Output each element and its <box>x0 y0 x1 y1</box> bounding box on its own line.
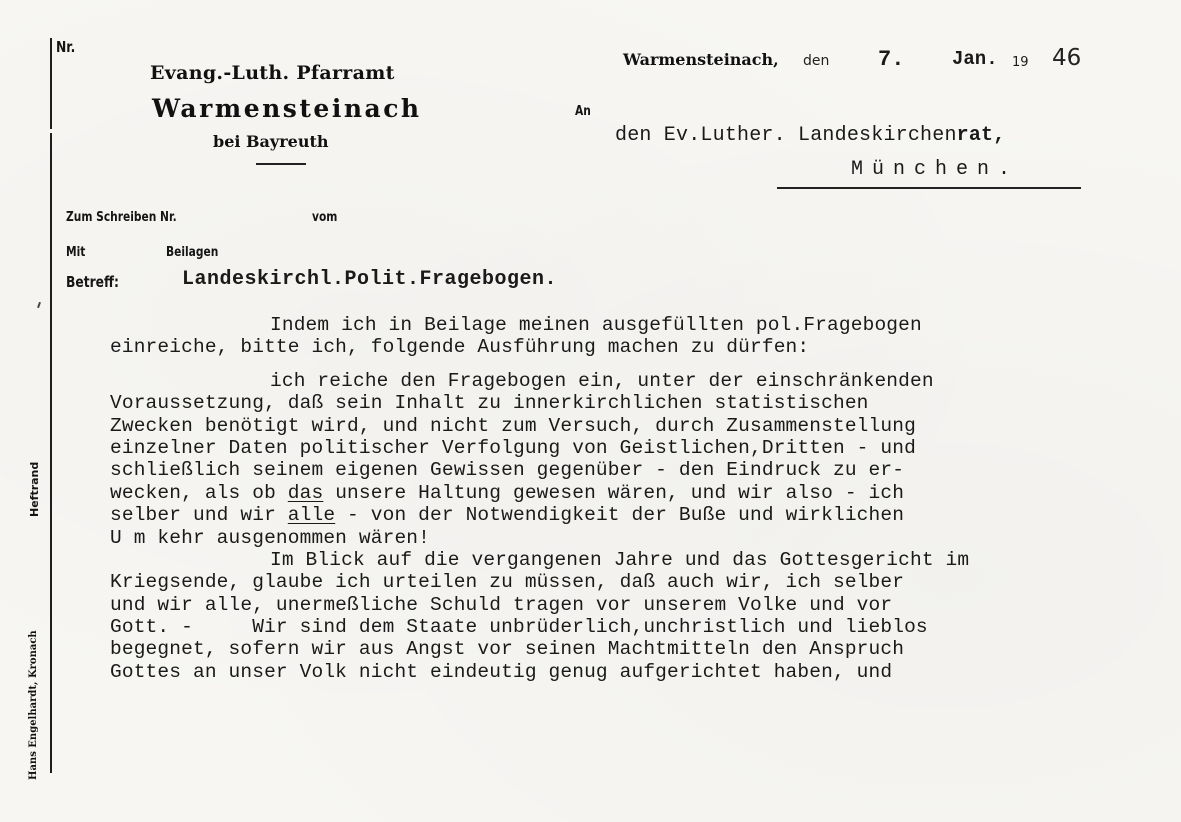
body-line: Indem ich in Beilage meinen ausgefüllten… <box>110 314 1150 336</box>
recipient-label: An <box>575 104 591 119</box>
body-line: ich reiche den Fragebogen ein, unter der… <box>110 370 1150 392</box>
enclosures-with-label: Mit <box>66 245 85 260</box>
body-line: Gott. - Wir sind dem Staate unbrüderlich… <box>110 616 1150 638</box>
binding-margin-line <box>50 38 52 773</box>
dateline-year-prefix: 19 <box>1012 55 1029 70</box>
body-line: U m kehr ausgenommen wären! <box>110 527 1150 549</box>
body-line: Gottes an unser Volk nicht eindeutig gen… <box>110 661 1150 683</box>
reference-number-label: Nr. <box>56 38 75 56</box>
body-line <box>110 359 1150 370</box>
reference-date-label: vom <box>312 210 337 225</box>
enclosures-label: Beilagen <box>166 245 218 260</box>
recipient-city: München. <box>851 158 1019 181</box>
recipient-name-plain: den Ev.Luther. Landeskirchen <box>615 124 957 147</box>
underlined-word: alle <box>288 504 335 526</box>
dateline-month: Jan. <box>952 48 998 70</box>
letter-body: Indem ich in Beilage meinen ausgefüllten… <box>110 314 1150 683</box>
body-line: Voraussetzung, daß sein Inhalt zu innerk… <box>110 392 1150 414</box>
reference-letter-label: Zum Schreiben Nr. <box>66 210 177 225</box>
dateline-den: den <box>803 53 829 69</box>
body-line: einzelner Daten politischer Verfolgung v… <box>110 437 1150 459</box>
body-line: Im Blick auf die vergangenen Jahre und d… <box>110 549 1150 571</box>
dateline-place: Warmensteinach, <box>623 50 779 69</box>
body-line: wecken, als ob das unsere Haltung gewese… <box>110 482 1150 504</box>
letter-page: Nr. Evang.-Luth. Pfarramt Warmensteinach… <box>0 0 1181 822</box>
letterhead-rule <box>256 163 306 165</box>
body-line: einreiche, bitte ich, folgende Ausführun… <box>110 336 1150 358</box>
subject-value: Landeskirchl.Polit.Fragebogen. <box>182 268 557 291</box>
letterhead-location: bei Bayreuth <box>213 132 328 151</box>
dateline-day: 7. <box>878 47 904 72</box>
binding-margin-note: Heftrand <box>28 462 41 517</box>
address-rule <box>777 187 1081 189</box>
body-line: Zwecken benötigt wird, und nicht zum Ver… <box>110 415 1150 437</box>
body-line: und wir alle, unermeßliche Schuld tragen… <box>110 594 1150 616</box>
printer-credit: Hans Engelhardt, Kronach <box>28 630 39 780</box>
recipient-name-bold: rat, <box>957 124 1006 147</box>
punch-mark <box>37 302 41 308</box>
body-line: begegnet, sofern wir aus Angst vor seine… <box>110 638 1150 660</box>
letterhead-parish: Warmensteinach <box>152 94 422 123</box>
body-line: Kriegsende, glaube ich urteilen zu müsse… <box>110 571 1150 593</box>
subject-label: Betreff: <box>66 273 119 291</box>
letterhead-office: Evang.-Luth. Pfarramt <box>150 62 395 84</box>
body-line: selber und wir alle - von der Notwendigk… <box>110 504 1150 526</box>
margin-line-gap <box>49 129 53 133</box>
underlined-word: das <box>288 482 324 504</box>
dateline-year: 46 <box>1052 45 1081 71</box>
recipient-name: den Ev.Luther. Landeskirchenrat, <box>615 124 1005 147</box>
body-line: schließlich seinem eigenen Gewissen gege… <box>110 459 1150 481</box>
